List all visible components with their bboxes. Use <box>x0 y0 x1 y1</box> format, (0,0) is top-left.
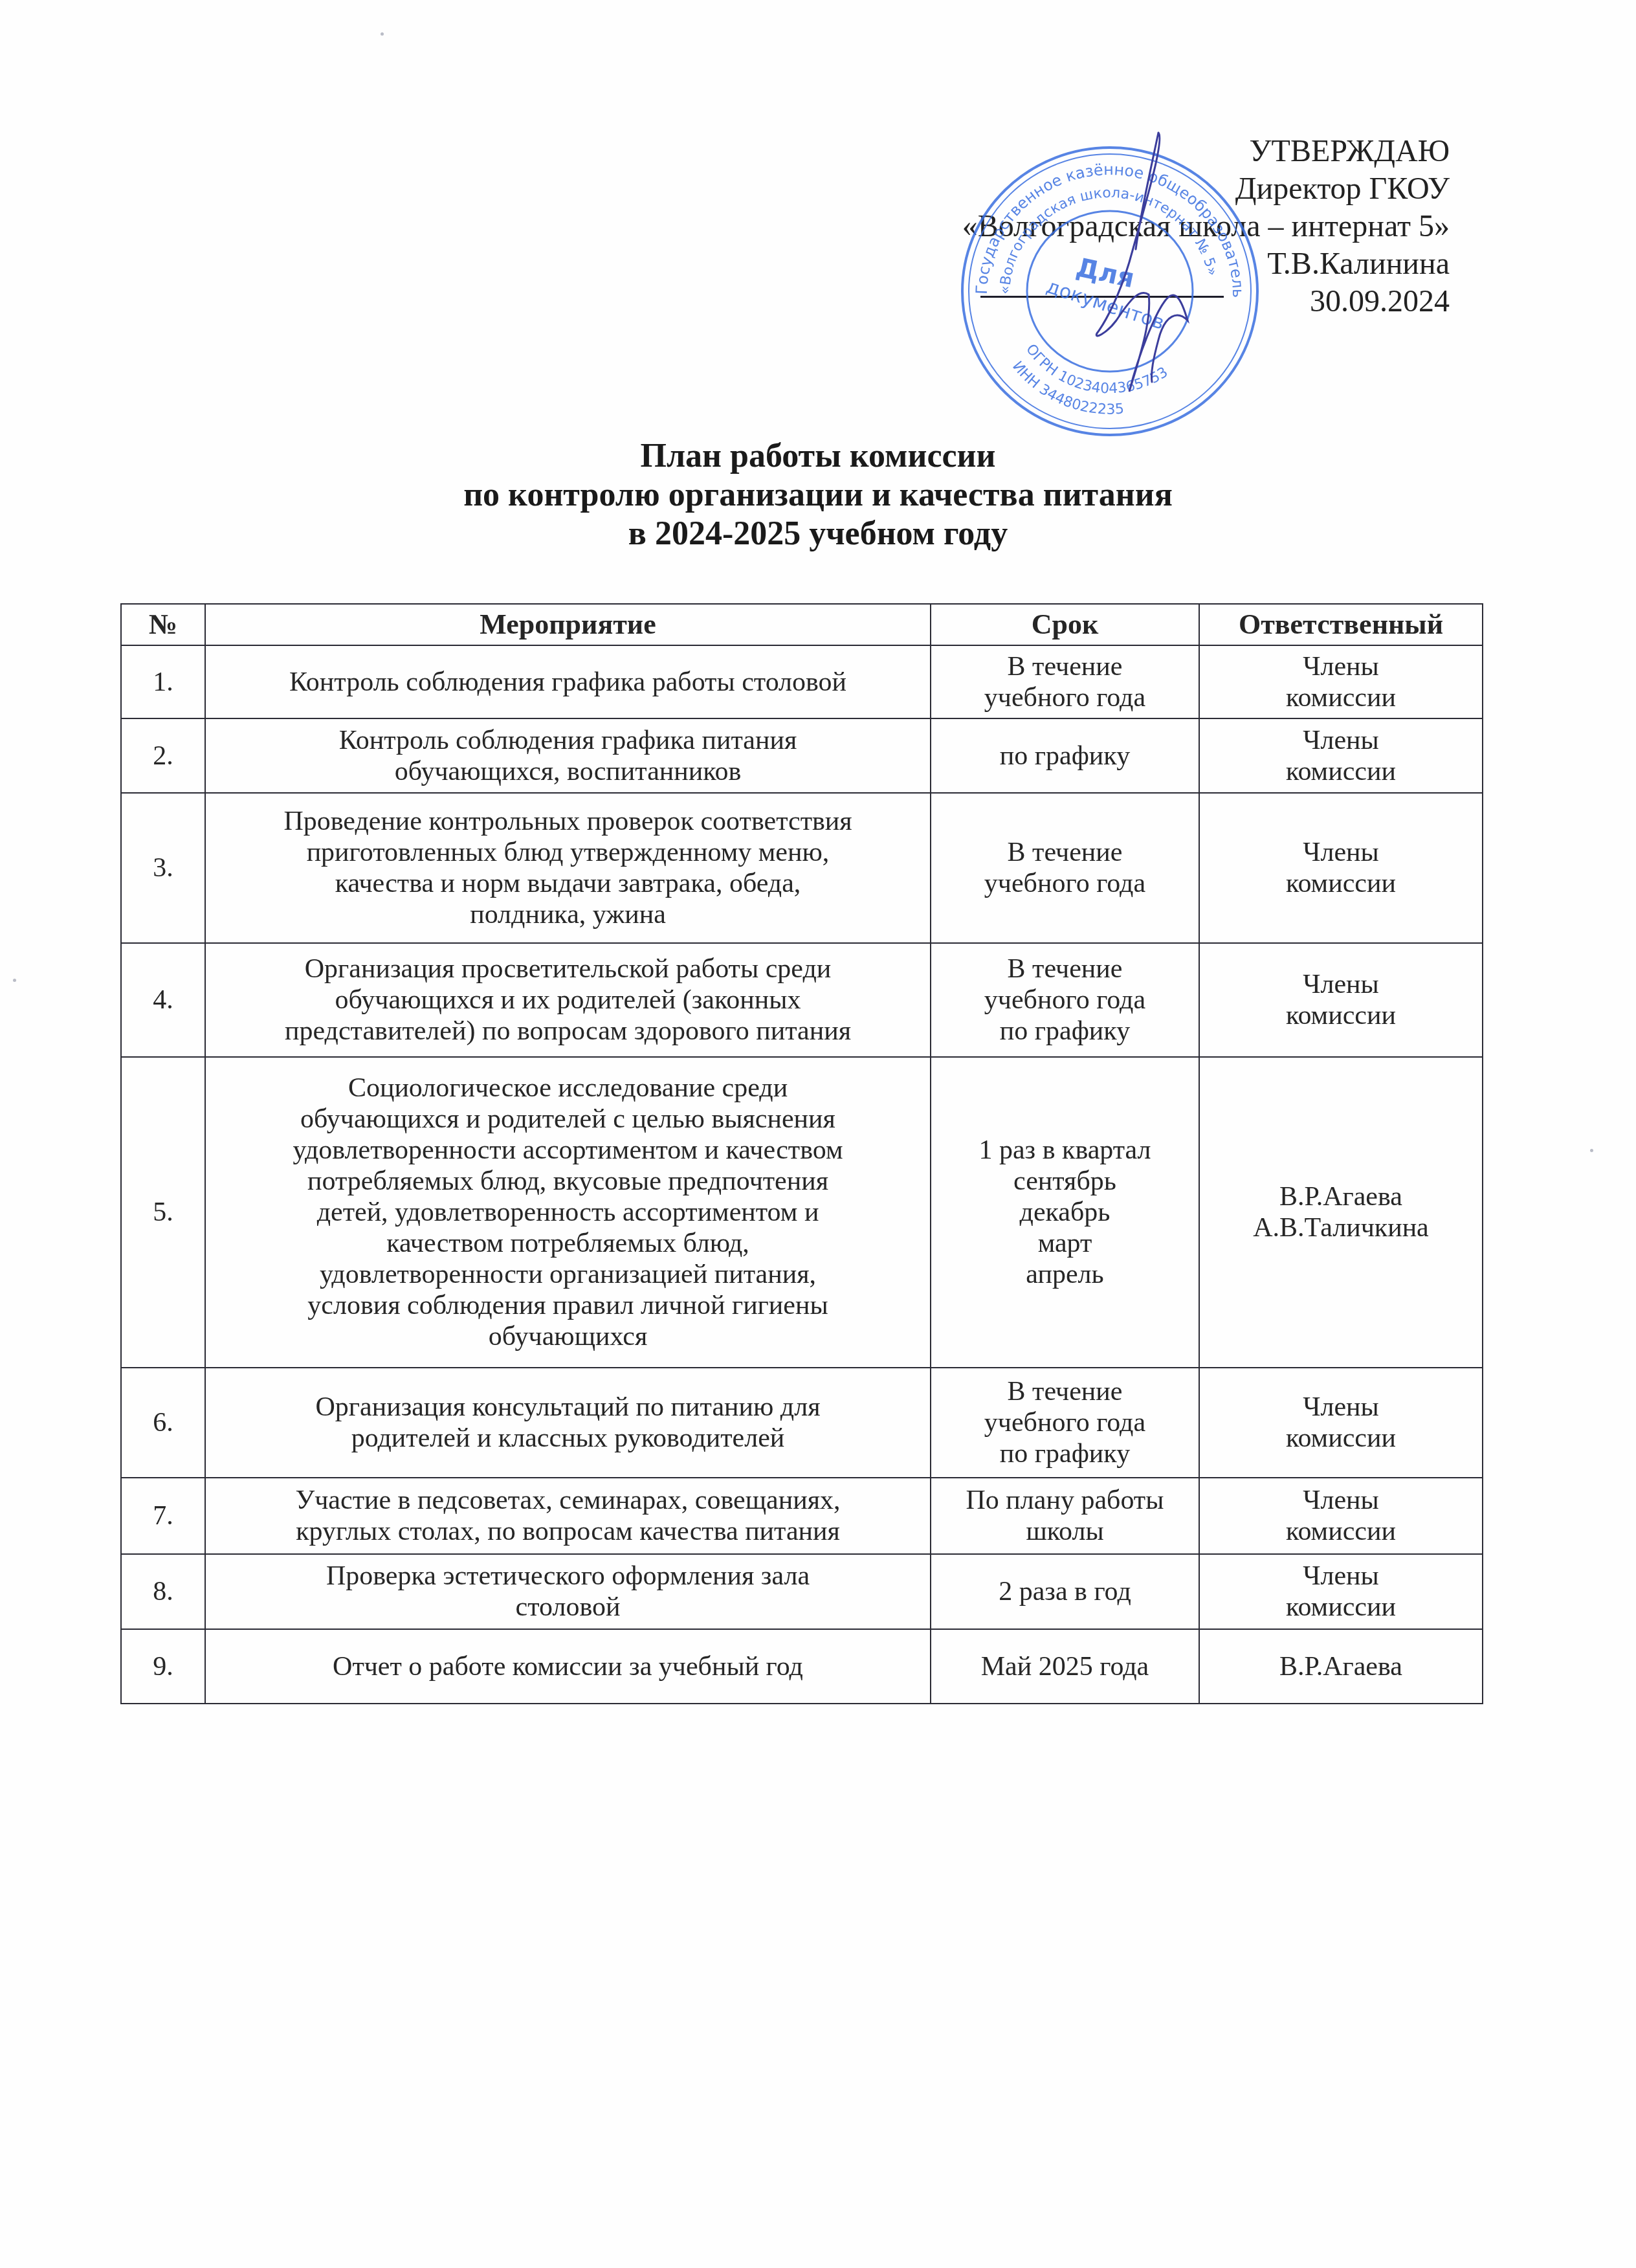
responsible-cell-line: Члены <box>1205 1485 1477 1516</box>
table-row: 9.Отчет о работе комиссии за учебный год… <box>121 1629 1483 1704</box>
row-number: 1. <box>121 645 205 718</box>
table-row: 5.Социологическое исследование средиобуч… <box>121 1057 1483 1368</box>
event-cell: Контроль соблюдения графика питанияобуча… <box>205 718 931 793</box>
term-cell: В течениеучебного года <box>931 793 1199 943</box>
event-cell-line: Проведение контрольных проверок соответс… <box>211 806 925 837</box>
event-cell-line: потребляемых блюд, вкусовые предпочтения <box>211 1166 925 1197</box>
term-cell-line: 1 раз в квартал <box>936 1135 1193 1166</box>
header-term: Срок <box>931 604 1199 645</box>
event-cell-line: представителей) по вопросам здорового пи… <box>211 1016 925 1047</box>
event-cell: Организация просветительской работы сред… <box>205 943 931 1057</box>
event-cell: Проверка эстетического оформления заласт… <box>205 1554 931 1629</box>
table-row: 7.Участие в педсоветах, семинарах, совещ… <box>121 1478 1483 1554</box>
term-cell-line: декабрь <box>936 1197 1193 1228</box>
term-cell: В течениеучебного годапо графику <box>931 943 1199 1057</box>
event-cell-line: Контроль соблюдения графика работы столо… <box>211 667 925 698</box>
row-number: 3. <box>121 793 205 943</box>
event-cell-line: удовлетворенности ассортиментом и качест… <box>211 1135 925 1166</box>
term-cell: 1 раз в кварталсентябрьдекабрьмартапрель <box>931 1057 1199 1368</box>
term-cell-line: по графику <box>936 1438 1193 1469</box>
event-cell-line: Организация просветительской работы сред… <box>211 953 925 984</box>
term-cell-line: Май 2025 года <box>936 1651 1193 1682</box>
scan-speck <box>381 32 384 36</box>
event-cell-line: обучающихся и родителей с целью выяснени… <box>211 1104 925 1135</box>
table-row: 8.Проверка эстетического оформления зала… <box>121 1554 1483 1629</box>
document-page: УТВЕРЖДАЮ Директор ГКОУ «Волгоградская ш… <box>0 0 1636 2268</box>
term-cell-line: 2 раза в год <box>936 1576 1193 1607</box>
term-cell-line: В течение <box>936 837 1193 868</box>
responsible-cell: Членыкомиссии <box>1199 1554 1483 1629</box>
table-row: 6.Организация консультаций по питанию дл… <box>121 1368 1483 1478</box>
row-number: 5. <box>121 1057 205 1368</box>
responsible-cell: В.Р.АгаеваА.В.Таличкина <box>1199 1057 1483 1368</box>
table-header-row: № Мероприятие Срок Ответственный <box>121 604 1483 645</box>
responsible-cell: Членыкомиссии <box>1199 943 1483 1057</box>
table-body: 1.Контроль соблюдения графика работы сто… <box>121 645 1483 1704</box>
term-cell: В течениеучебного года <box>931 645 1199 718</box>
event-cell-line: обучающихся и их родителей (законных <box>211 984 925 1016</box>
approver-position: Директор ГКОУ <box>962 170 1450 208</box>
signature-line <box>980 296 1224 298</box>
responsible-cell: Членыкомиссии <box>1199 645 1483 718</box>
event-cell: Организация консультаций по питанию дляр… <box>205 1368 931 1478</box>
responsible-cell-line: комиссии <box>1205 1000 1477 1031</box>
scan-speck <box>13 979 16 982</box>
row-number: 8. <box>121 1554 205 1629</box>
event-cell: Проведение контрольных проверок соответс… <box>205 793 931 943</box>
approval-block: УТВЕРЖДАЮ Директор ГКОУ «Волгоградская ш… <box>962 133 1450 320</box>
event-cell-line: обучающихся <box>211 1321 925 1352</box>
event-cell-line: Социологическое исследование среди <box>211 1073 925 1104</box>
event-cell-line: обучающихся, воспитанников <box>211 756 925 787</box>
responsible-cell-line: комиссии <box>1205 756 1477 787</box>
approver-name: Т.В.Калинина <box>962 245 1450 283</box>
row-number: 7. <box>121 1478 205 1554</box>
responsible-cell-line: комиссии <box>1205 682 1477 713</box>
responsible-cell: В.Р.Агаева <box>1199 1629 1483 1704</box>
svg-text:ОГРН 1023404365753: ОГРН 1023404365753 <box>1022 341 1171 397</box>
term-cell-line: по графику <box>936 740 1193 772</box>
plan-table: № Мероприятие Срок Ответственный 1.Контр… <box>120 603 1483 1704</box>
term-cell-line: По плану работы <box>936 1485 1193 1516</box>
header-number: № <box>121 604 205 645</box>
responsible-cell-line: Члены <box>1205 1561 1477 1592</box>
event-cell-line: Организация консультаций по питанию для <box>211 1392 925 1423</box>
stamp-inn: ИНН 3448022235 <box>1009 359 1125 418</box>
event-cell-line: Участие в педсоветах, семинарах, совещан… <box>211 1485 925 1516</box>
event-cell-line: условия соблюдения правил личной гигиены <box>211 1290 925 1321</box>
table-row: 1.Контроль соблюдения графика работы сто… <box>121 645 1483 718</box>
term-cell-line: В течение <box>936 953 1193 984</box>
responsible-cell-line: комиссии <box>1205 1592 1477 1623</box>
term-cell-line: школы <box>936 1516 1193 1547</box>
term-cell-line: учебного года <box>936 868 1193 899</box>
responsible-cell: Членыкомиссии <box>1199 718 1483 793</box>
term-cell: 2 раза в год <box>931 1554 1199 1629</box>
responsible-cell-line: Члены <box>1205 651 1477 682</box>
approval-date: 30.09.2024 <box>962 283 1450 320</box>
event-cell-line: родителей и классных руководителей <box>211 1423 925 1454</box>
header-event: Мероприятие <box>205 604 931 645</box>
event-cell: Отчет о работе комиссии за учебный год <box>205 1629 931 1704</box>
event-cell-line: качеством потребляемых блюд, <box>211 1228 925 1259</box>
row-number: 6. <box>121 1368 205 1478</box>
title-line-1: План работы комиссии <box>0 437 1636 476</box>
responsible-cell-line: комиссии <box>1205 1423 1477 1454</box>
event-cell-line: Контроль соблюдения графика питания <box>211 725 925 756</box>
term-cell-line: В течение <box>936 1376 1193 1407</box>
term-cell-line: апрель <box>936 1259 1193 1290</box>
event-cell-line: удовлетворенности организацией питания, <box>211 1259 925 1290</box>
event-cell-line: Проверка эстетического оформления зала <box>211 1561 925 1592</box>
row-number: 4. <box>121 943 205 1057</box>
term-cell: по графику <box>931 718 1199 793</box>
row-number: 9. <box>121 1629 205 1704</box>
term-cell-line: по графику <box>936 1016 1193 1047</box>
term-cell-line: март <box>936 1228 1193 1259</box>
term-cell: Май 2025 года <box>931 1629 1199 1704</box>
event-cell-line: качества и норм выдачи завтрака, обеда, <box>211 868 925 899</box>
responsible-cell-line: Члены <box>1205 725 1477 756</box>
term-cell: По плану работышколы <box>931 1478 1199 1554</box>
event-cell-line: детей, удовлетворенность ассортиментом и <box>211 1197 925 1228</box>
table-row: 4.Организация просветительской работы ср… <box>121 943 1483 1057</box>
responsible-cell: Членыкомиссии <box>1199 793 1483 943</box>
stamp-ogrn: ОГРН 1023404365753 <box>1022 341 1171 397</box>
responsible-cell-line: Члены <box>1205 837 1477 868</box>
responsible-cell-line: В.Р.Агаева <box>1205 1651 1477 1682</box>
responsible-cell: Членыкомиссии <box>1199 1368 1483 1478</box>
row-number: 2. <box>121 718 205 793</box>
responsible-cell-line: комиссии <box>1205 868 1477 899</box>
document-title: План работы комиссии по контролю организ… <box>0 437 1636 553</box>
title-line-2: по контролю организации и качества питан… <box>0 476 1636 515</box>
event-cell-line: приготовленных блюд утвержденному меню, <box>211 837 925 868</box>
event-cell-line: Отчет о работе комиссии за учебный год <box>211 1651 925 1682</box>
responsible-cell-line: комиссии <box>1205 1516 1477 1547</box>
organization-name: «Волгоградская школа – интернат 5» <box>962 208 1450 245</box>
term-cell-line: учебного года <box>936 1407 1193 1438</box>
event-cell: Участие в педсоветах, семинарах, совещан… <box>205 1478 931 1554</box>
term-cell-line: учебного года <box>936 682 1193 713</box>
event-cell: Социологическое исследование средиобучаю… <box>205 1057 931 1368</box>
table-row: 3.Проведение контрольных проверок соотве… <box>121 793 1483 943</box>
approval-heading: УТВЕРЖДАЮ <box>962 133 1450 170</box>
responsible-cell-line: Члены <box>1205 969 1477 1000</box>
responsible-cell-line: Члены <box>1205 1392 1477 1423</box>
term-cell-line: учебного года <box>936 984 1193 1016</box>
event-cell-line: полдника, ужина <box>211 899 925 930</box>
title-line-3: в 2024-2025 учебном году <box>0 515 1636 553</box>
responsible-cell: Членыкомиссии <box>1199 1478 1483 1554</box>
scan-speck <box>1590 1149 1593 1152</box>
event-cell-line: столовой <box>211 1592 925 1623</box>
svg-text:ИНН 3448022235: ИНН 3448022235 <box>1009 359 1125 418</box>
event-cell-line: круглых столах, по вопросам качества пит… <box>211 1516 925 1547</box>
header-responsible: Ответственный <box>1199 604 1483 645</box>
responsible-cell-line: А.В.Таличкина <box>1205 1212 1477 1243</box>
responsible-cell-line: В.Р.Агаева <box>1205 1181 1477 1212</box>
term-cell-line: сентябрь <box>936 1166 1193 1197</box>
event-cell: Контроль соблюдения графика работы столо… <box>205 645 931 718</box>
table-row: 2.Контроль соблюдения графика питанияобу… <box>121 718 1483 793</box>
term-cell: В течениеучебного годапо графику <box>931 1368 1199 1478</box>
term-cell-line: В течение <box>936 651 1193 682</box>
